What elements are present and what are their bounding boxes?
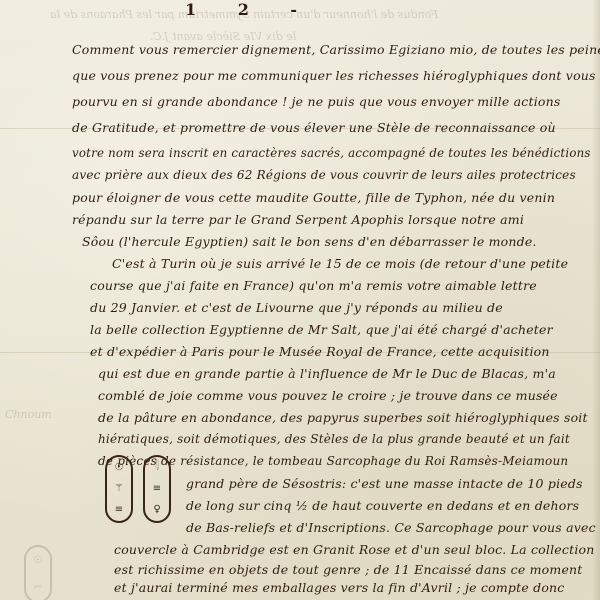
letter-line: pourvu en si grande abondance ! je ne pu… xyxy=(72,94,560,109)
letter-line: est richissime en objets de tout genre ;… xyxy=(114,562,583,577)
letter-line: de Bas-reliefs et d'Inscriptions. Ce Sar… xyxy=(186,520,600,535)
hieroglyph-faded-icon: ☉ xyxy=(34,556,43,566)
letter-line: pour éloigner de vous cette maudite Gout… xyxy=(72,190,555,205)
letter-line: de long sur cinq ½ de haut couverte en d… xyxy=(186,498,579,513)
letter-line: votre nom sera inscrit en caractères sac… xyxy=(72,146,591,160)
hieroglyph-reed-icon: 𓇋 xyxy=(155,463,158,473)
letter-line: de Gratitude, et promettre de vous éleve… xyxy=(72,120,556,135)
page-number-mark: 1 2 - xyxy=(185,0,315,19)
hieroglyph-lines-icon: ≡ xyxy=(115,505,123,515)
hieroglyph-lines-icon: ≡ xyxy=(153,484,161,494)
letter-line: que vous prenez pour me communiquer les … xyxy=(72,68,600,83)
hieroglyph-faded-icon: ⌐ xyxy=(34,583,42,593)
letter-line: couvercle à Cambridge est en Granit Rose… xyxy=(114,542,595,557)
letter-line: la belle collection Egyptienne de Mr Sal… xyxy=(90,322,553,337)
letter-line: et j'aurai terminé mes emballages vers l… xyxy=(114,580,565,595)
hieroglyph-staff-icon: ⚚ xyxy=(115,484,124,494)
letter-line: avec prière aux dieux des 62 Régions de … xyxy=(72,168,576,182)
paper-edge xyxy=(592,0,600,600)
letter-line: C'est à Turin où je suis arrivé le 15 de… xyxy=(112,256,568,271)
cartouche-hieroglyph: 𓇋 ≡ ♀ xyxy=(143,455,171,523)
letter-line: de la pâture en abondance, des papyrus s… xyxy=(98,410,588,425)
letter-line: hiératiques, soit démotiques, des Stèles… xyxy=(98,432,570,446)
cartouche-hieroglyph: ☉ ⚚ ≡ xyxy=(105,455,133,523)
letter-line: du 29 Janvier. et c'est de Livourne que … xyxy=(90,300,503,315)
bleed-through-text: Chnoum xyxy=(5,408,52,421)
letter-line: Comment vous remercier dignement, Cariss… xyxy=(72,42,600,57)
letter-line: qui est due en grande partie à l'influen… xyxy=(98,366,556,381)
cartouche-bleed-through: ☉ ⌐ xyxy=(24,545,52,600)
letter-line: comblé de joie comme vous pouvez le croi… xyxy=(98,388,558,403)
letter-line: répandu sur la terre par le Grand Serpen… xyxy=(72,212,524,227)
hieroglyph-sun-icon: ☉ xyxy=(115,463,124,473)
letter-line: course que j'ai faite en France) qu'on m… xyxy=(90,278,537,293)
letter-line: et d'expédier à Paris pour le Musée Roya… xyxy=(90,344,550,359)
hieroglyph-figure-icon: ♀ xyxy=(153,505,160,515)
letter-line: Sôou (l'hercule Egyptien) sait le bon se… xyxy=(82,234,537,249)
letter-page: Fondus de l'honneur d'un certain Symmetr… xyxy=(0,0,600,600)
letter-line: grand père de Sésostris: c'est une masse… xyxy=(186,476,583,491)
